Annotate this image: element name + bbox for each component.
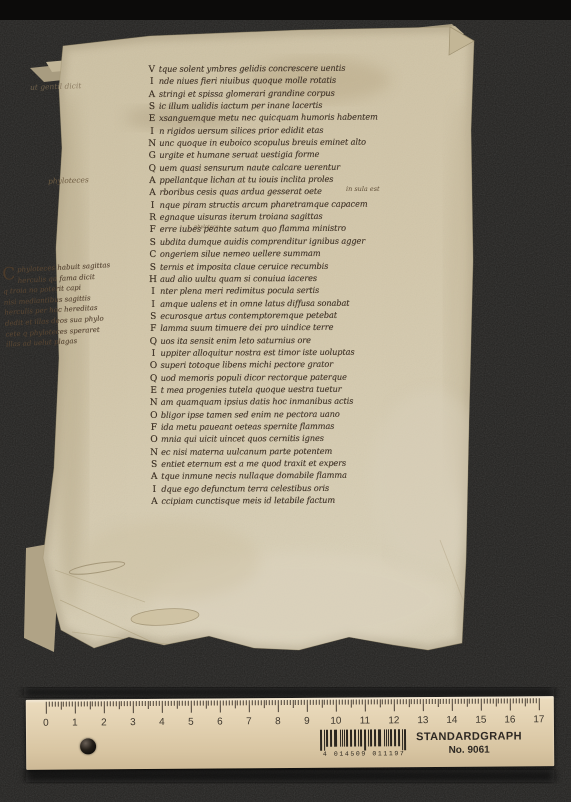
line-initial: A bbox=[145, 89, 159, 99]
ruler-tick bbox=[318, 700, 319, 705]
line-initial: O bbox=[146, 361, 160, 371]
line-initial: A bbox=[145, 188, 159, 198]
barcode-bar bbox=[334, 730, 337, 747]
ruler-tick bbox=[159, 701, 160, 706]
line-text: rboribus cesis quas ardua gesserat oete bbox=[159, 186, 321, 197]
ruler-tick bbox=[278, 700, 279, 712]
ruler-number: 16 bbox=[500, 714, 520, 725]
ruler-tick bbox=[246, 700, 247, 705]
line-initial: I bbox=[145, 77, 159, 87]
ruler-tick bbox=[252, 700, 253, 705]
ruler-tick bbox=[376, 699, 377, 704]
ruler-tick bbox=[330, 700, 331, 705]
ruler-tick bbox=[228, 700, 229, 705]
barcode-bar bbox=[384, 729, 385, 746]
line-text: nde niues fieri niuibus quoque molle rot… bbox=[159, 75, 336, 86]
ruler-tick bbox=[182, 701, 183, 706]
line-initial: O bbox=[147, 410, 161, 420]
ruler-tick bbox=[388, 699, 389, 704]
line-initial: S bbox=[145, 102, 159, 112]
ruler-tick bbox=[463, 699, 464, 704]
ruler-tick bbox=[153, 701, 154, 706]
ruler-tick bbox=[110, 701, 111, 706]
ruler-tick bbox=[350, 700, 351, 708]
ruler-tick bbox=[382, 699, 383, 704]
ruler-tick bbox=[57, 702, 58, 707]
barcode-bar bbox=[326, 730, 328, 747]
ruler-tick bbox=[237, 700, 238, 705]
line-initial: I bbox=[145, 201, 159, 211]
ruler-tick bbox=[208, 701, 209, 706]
ruler-tick bbox=[289, 700, 290, 705]
ruler-tick bbox=[130, 701, 131, 706]
line-initial: I bbox=[146, 287, 160, 297]
ruler-tick bbox=[223, 700, 224, 705]
ruler-tick bbox=[92, 701, 93, 706]
line-initial: H bbox=[146, 275, 160, 285]
line-text: tque solent ymbres gelidis concrescere u… bbox=[159, 63, 346, 74]
barcode-bar bbox=[394, 729, 396, 746]
line-initial: S bbox=[146, 262, 160, 272]
ruler-tick bbox=[98, 701, 99, 706]
line-text: uos ita sensit enim leto saturnius ore bbox=[160, 334, 310, 345]
line-text: t mea progenies tutela quoque uestra tue… bbox=[161, 384, 342, 395]
barcode-bar bbox=[358, 730, 359, 747]
barcode-bar bbox=[370, 729, 372, 746]
text-line: Accipiam cunctisque meis id letabile fac… bbox=[147, 494, 437, 508]
ruler-tick bbox=[185, 701, 186, 706]
ruler-number: 14 bbox=[442, 715, 462, 726]
barcode-bar bbox=[344, 730, 345, 747]
barcode-bar bbox=[374, 729, 376, 746]
ruler-tick bbox=[321, 700, 322, 708]
ruler-tick bbox=[83, 701, 84, 706]
ruler-tick bbox=[147, 701, 148, 709]
line-text: bligor ipse tamen sed enim ne pectora ua… bbox=[161, 408, 340, 419]
barcode-bar bbox=[390, 729, 392, 746]
ruler-tick bbox=[214, 701, 215, 706]
line-text: n rigidos uersum silices prior edidit et… bbox=[159, 125, 323, 136]
line-initial: N bbox=[147, 447, 161, 457]
ruler-tick bbox=[124, 701, 125, 706]
margin-gloss-block: C phyloteces habuit sagittasherculis qa … bbox=[2, 258, 148, 350]
ruler-tick bbox=[469, 699, 470, 704]
barcode-bar bbox=[350, 730, 352, 747]
ruler-tick bbox=[423, 699, 424, 711]
barcode-bar bbox=[388, 729, 389, 746]
line-initial: Q bbox=[145, 164, 159, 174]
line-text: unc quoque in euboico scopulus breuis em… bbox=[159, 137, 366, 148]
ruler-tick bbox=[295, 700, 296, 705]
ruler-tick bbox=[240, 700, 241, 705]
ruler-tick bbox=[286, 700, 287, 705]
ruler-tick bbox=[379, 699, 380, 707]
line-text: ccipiam cunctisque meis id letabile fact… bbox=[161, 495, 335, 506]
ruler-tick bbox=[487, 699, 488, 704]
ruler-tick bbox=[272, 700, 273, 705]
line-initial: O bbox=[147, 435, 161, 445]
text-lines: Vtque solent ymbres gelidis concrescere … bbox=[145, 62, 438, 508]
ruler-tick bbox=[420, 699, 421, 704]
ruler-tick bbox=[165, 701, 166, 706]
line-initial: I bbox=[147, 484, 161, 494]
ruler-tick bbox=[141, 701, 142, 706]
ruler-tick bbox=[391, 699, 392, 704]
ruler-tick bbox=[173, 701, 174, 706]
line-text: ubdita dumque auidis comprenditur ignibu… bbox=[160, 235, 365, 246]
ruler-number: 0 bbox=[36, 718, 56, 729]
ruler-number: 15 bbox=[471, 715, 491, 726]
ruler-tick bbox=[54, 702, 55, 707]
ruler-tick bbox=[475, 699, 476, 704]
ruler-tick bbox=[156, 701, 157, 706]
ruler-tick bbox=[365, 699, 366, 711]
ruler-tick bbox=[347, 700, 348, 705]
ruler-tick bbox=[429, 699, 430, 704]
ruler-number: 11 bbox=[355, 715, 375, 726]
ruler-tick bbox=[368, 699, 369, 704]
ruler-tick bbox=[78, 701, 79, 706]
line-text: aud alio uultu quam si conuiua iaceres bbox=[160, 273, 317, 284]
ruler-tick bbox=[408, 699, 409, 707]
ruler-number: 13 bbox=[413, 715, 433, 726]
ruler-tick bbox=[220, 700, 221, 712]
ruler-tick bbox=[144, 701, 145, 706]
ruler-tick bbox=[449, 699, 450, 704]
ruler-tick bbox=[356, 700, 357, 705]
ruler-tick bbox=[211, 701, 212, 706]
ruler-tick bbox=[460, 699, 461, 704]
barcode-bar bbox=[354, 730, 356, 747]
ruler: 01234567891011121314151617 4 014509 0111… bbox=[26, 692, 555, 774]
ruler-tick bbox=[257, 700, 258, 705]
ruler-tick bbox=[518, 698, 519, 703]
line-text: ppellantque lichan at tu iouis inclita p… bbox=[159, 174, 333, 185]
ruler-tick bbox=[431, 699, 432, 704]
ruler-tick bbox=[63, 702, 64, 707]
ruler-tick bbox=[112, 701, 113, 706]
ruler-tick bbox=[315, 700, 316, 705]
line-text: uod memoris populi dicor rectorque pater… bbox=[161, 371, 347, 382]
ruler-tick bbox=[249, 700, 250, 712]
line-text: egnaque uisuras iterum troiana sagittas bbox=[160, 211, 323, 222]
barcode-bar bbox=[364, 729, 366, 750]
ruler-tick bbox=[217, 701, 218, 706]
ruler-tick bbox=[260, 700, 261, 705]
ruler-tick bbox=[466, 699, 467, 707]
line-text: entiet eternum est a me quod traxit et e… bbox=[161, 458, 346, 469]
ruler-tick bbox=[284, 700, 285, 705]
line-initial: R bbox=[146, 213, 160, 223]
ruler-tick bbox=[60, 702, 61, 710]
ruler-number: 3 bbox=[123, 717, 143, 728]
ruler-tick bbox=[101, 701, 102, 706]
ruler-tick bbox=[492, 699, 493, 704]
ruler-tick bbox=[234, 700, 235, 708]
margin-note-top: ut gentil dicit bbox=[30, 81, 82, 92]
line-text: dque ego defunctum terra celestibus oris bbox=[161, 482, 329, 493]
line-text: uppiter alloquitur nostra est timor iste… bbox=[160, 347, 354, 358]
ruler-tick bbox=[443, 699, 444, 704]
barcode-bar bbox=[342, 730, 343, 747]
ruler-tick bbox=[49, 702, 50, 707]
ruler-tick bbox=[231, 700, 232, 705]
ruler-number: 9 bbox=[297, 716, 317, 727]
barcode-bar bbox=[346, 730, 348, 747]
ruler-tick bbox=[437, 699, 438, 707]
line-initial: N bbox=[147, 398, 161, 408]
ruler-tick bbox=[86, 701, 87, 706]
line-text: nque piram structis arcum pharetramque c… bbox=[159, 198, 367, 209]
ruler-tick bbox=[75, 701, 76, 713]
ruler-tick bbox=[530, 698, 531, 703]
ruler-tick bbox=[301, 700, 302, 705]
ruler-tick bbox=[304, 700, 305, 705]
line-text: ida metu paueant oeteas spernite flammas bbox=[161, 421, 334, 432]
ruler-tick bbox=[275, 700, 276, 705]
line-text: urgite et humane seruat uestigia forme bbox=[159, 149, 319, 160]
line-text: ic illum ualidis iactum per inane lacert… bbox=[159, 100, 322, 111]
ruler-number: 7 bbox=[239, 716, 259, 727]
photo-stage: ut gentil dicit phyloteces in sula est p… bbox=[0, 0, 571, 802]
ruler-tick bbox=[481, 699, 482, 711]
ruler-tick bbox=[510, 698, 511, 710]
line-initial: G bbox=[145, 151, 159, 161]
ruler-tick bbox=[162, 701, 163, 713]
ruler-tick bbox=[136, 701, 137, 706]
ruler-tick bbox=[484, 699, 485, 704]
ruler-tick bbox=[527, 698, 528, 703]
ruler-tick bbox=[342, 700, 343, 705]
barcode-bar bbox=[324, 730, 325, 751]
ruler-tick bbox=[405, 699, 406, 704]
ruler-tick bbox=[524, 698, 525, 706]
ruler-tick bbox=[359, 700, 360, 705]
ruler-tick bbox=[400, 699, 401, 704]
ruler-tick bbox=[362, 699, 363, 704]
ruler-tick bbox=[81, 701, 82, 706]
ruler-tick bbox=[269, 700, 270, 705]
ruler-tick bbox=[327, 700, 328, 705]
ruler-tick bbox=[266, 700, 267, 705]
ruler-tick bbox=[133, 701, 134, 713]
line-text: tque inmune necis nullaque domabile flam… bbox=[161, 470, 347, 481]
margin-note-side: phyloteces bbox=[48, 175, 89, 185]
ruler-tick bbox=[489, 699, 490, 704]
line-initial: F bbox=[147, 423, 161, 433]
ruler-number: 10 bbox=[326, 716, 346, 727]
ruler-tick bbox=[255, 700, 256, 705]
line-initial: I bbox=[146, 349, 160, 359]
ruler-tick bbox=[127, 701, 128, 706]
ruler-tick bbox=[536, 698, 537, 703]
ruler-hole bbox=[80, 738, 96, 754]
line-initial: I bbox=[146, 299, 160, 309]
ruler-tick bbox=[52, 702, 53, 707]
line-initial: F bbox=[146, 324, 160, 334]
ruler-tick bbox=[472, 699, 473, 704]
ruler-tick bbox=[197, 701, 198, 706]
ruler-tick bbox=[402, 699, 403, 704]
line-initial: F bbox=[146, 225, 160, 235]
ruler-number: 6 bbox=[210, 716, 230, 727]
ruler-tick bbox=[139, 701, 140, 706]
line-initial: C bbox=[146, 250, 160, 260]
ruler-brand: STANDARDGRAPH bbox=[398, 730, 540, 743]
line-initial: A bbox=[147, 472, 161, 482]
ruler-tick bbox=[168, 701, 169, 706]
ruler-tick bbox=[72, 702, 73, 707]
line-text: erre iubes peante satum quo flamma minis… bbox=[160, 223, 346, 234]
line-text: am quamquam ipsius datis hoc inmanibus a… bbox=[161, 396, 354, 407]
ruler-tick bbox=[194, 701, 195, 706]
ruler-tick bbox=[202, 701, 203, 706]
ruler-tick bbox=[310, 700, 311, 705]
ruler-tick bbox=[417, 699, 418, 704]
ruler-tick bbox=[344, 700, 345, 705]
ruler-tick bbox=[199, 701, 200, 706]
ruler-tick bbox=[46, 702, 47, 714]
ruler-tick bbox=[371, 699, 372, 704]
ruler-model: No. 9061 bbox=[398, 744, 540, 756]
ruler-tick bbox=[440, 699, 441, 704]
line-initial: S bbox=[146, 312, 160, 322]
line-text: mnia qui uicit uincet quos cernitis igne… bbox=[161, 433, 324, 444]
ruler-tick bbox=[263, 700, 264, 708]
ruler-tick bbox=[170, 701, 171, 706]
ruler-tick bbox=[397, 699, 398, 704]
ruler-tick bbox=[434, 699, 435, 704]
margin-gloss-lines: phyloteces habuit sagittasherculis qa fa… bbox=[2, 258, 148, 350]
ruler-tick bbox=[513, 698, 514, 703]
line-initial: S bbox=[146, 238, 160, 248]
ruler-tick bbox=[516, 698, 517, 703]
ruler-tick bbox=[336, 700, 337, 712]
barcode-bar bbox=[378, 729, 381, 746]
gloss-initial: C bbox=[2, 265, 16, 284]
ruler-tick bbox=[353, 700, 354, 705]
ruler-tick bbox=[452, 699, 453, 711]
ruler-tick bbox=[121, 701, 122, 706]
ruler-tick bbox=[118, 701, 119, 709]
ruler-tick bbox=[478, 699, 479, 704]
ruler-number: 8 bbox=[268, 716, 288, 727]
barcode-bar bbox=[340, 730, 341, 747]
barcode-bar bbox=[330, 730, 332, 747]
ruler-tick bbox=[455, 699, 456, 704]
ruler-tick bbox=[95, 701, 96, 706]
line-initial: E bbox=[145, 114, 159, 124]
ruler-tick bbox=[307, 700, 308, 712]
ruler-tick bbox=[107, 701, 108, 706]
ruler-number: 17 bbox=[529, 714, 549, 725]
barcode-bar bbox=[360, 729, 362, 746]
ruler-brand-block: STANDARDGRAPH No. 9061 bbox=[398, 730, 540, 756]
ruler-tick bbox=[89, 701, 90, 709]
barcode-bar bbox=[368, 729, 369, 746]
line-initial: I bbox=[145, 127, 159, 137]
ruler-tick bbox=[115, 701, 116, 706]
line-text: ongeriem silue nemeo uellere summam bbox=[160, 248, 321, 259]
ruler-number: 4 bbox=[152, 717, 172, 728]
line-text: stringi et spissa glomerari grandine cor… bbox=[159, 87, 335, 98]
ruler-tick bbox=[226, 700, 227, 705]
ruler-tick bbox=[373, 699, 374, 704]
ruler-tick bbox=[411, 699, 412, 704]
ruler-tick bbox=[66, 702, 67, 707]
ruler-tick bbox=[281, 700, 282, 705]
ruler-number: 2 bbox=[94, 717, 114, 728]
ruler-tick bbox=[298, 700, 299, 705]
line-initial: A bbox=[145, 176, 159, 186]
ruler-tick bbox=[495, 699, 496, 707]
ruler-number: 5 bbox=[181, 717, 201, 728]
barcode-bar bbox=[386, 729, 387, 746]
ruler-tick bbox=[539, 698, 540, 710]
line-initial: Q bbox=[147, 373, 161, 383]
line-initial: A bbox=[147, 497, 161, 507]
ruler-tick bbox=[292, 700, 293, 708]
ruler-tick bbox=[426, 699, 427, 704]
ruler-tick bbox=[414, 699, 415, 704]
ruler-tick bbox=[385, 699, 386, 704]
ruler-tick bbox=[243, 700, 244, 705]
ruler-tick bbox=[313, 700, 314, 705]
ruler-tick bbox=[333, 700, 334, 705]
ruler-tick bbox=[176, 701, 177, 709]
ruler-tick bbox=[504, 698, 505, 703]
ruler-tick bbox=[179, 701, 180, 706]
ruler-tick bbox=[104, 701, 105, 713]
line-text: nter plena meri redimitus pocula sertis bbox=[160, 285, 319, 296]
line-text: lamma suum timuere dei pro uindice terre bbox=[160, 322, 333, 333]
barcode-bar bbox=[320, 730, 322, 751]
ruler-tick bbox=[188, 701, 189, 706]
line-initial: E bbox=[147, 386, 161, 396]
ruler-tick bbox=[521, 698, 522, 703]
ruler-tick bbox=[458, 699, 459, 704]
line-initial: Q bbox=[146, 336, 160, 346]
ruler-tick bbox=[507, 698, 508, 703]
ruler-tick bbox=[150, 701, 151, 706]
line-text: superi totoque libens michi pectore grat… bbox=[160, 359, 333, 370]
ruler-tick bbox=[533, 698, 534, 703]
ruler-number: 12 bbox=[384, 715, 404, 726]
ruler-tick bbox=[69, 702, 70, 707]
line-text: ecurosque artus contemptoremque petebat bbox=[160, 310, 337, 321]
line-text: ec nisi materna uulcanum parte potentem bbox=[161, 445, 332, 456]
ruler-tick bbox=[498, 699, 499, 704]
line-text: amque ualens et in omne latus diffusa so… bbox=[160, 297, 349, 308]
ruler-tick bbox=[324, 700, 325, 705]
line-initial: N bbox=[145, 139, 159, 149]
ruler-tick bbox=[191, 701, 192, 713]
line-text: uem quasi sensurum naute calcare uerentu… bbox=[159, 161, 340, 172]
ruler-tick bbox=[205, 701, 206, 709]
line-initial: S bbox=[147, 460, 161, 470]
ruler-tick bbox=[446, 699, 447, 704]
ruler-tick bbox=[394, 699, 395, 711]
line-text: xsanguemque metu nec quicquam humoris ha… bbox=[159, 112, 378, 123]
ruler-tick bbox=[501, 699, 502, 704]
ruler-tick bbox=[339, 700, 340, 705]
line-initial: V bbox=[145, 65, 159, 75]
ruler-number: 1 bbox=[65, 717, 85, 728]
line-text: ternis et imposita claue ceruice recumbi… bbox=[160, 260, 328, 271]
